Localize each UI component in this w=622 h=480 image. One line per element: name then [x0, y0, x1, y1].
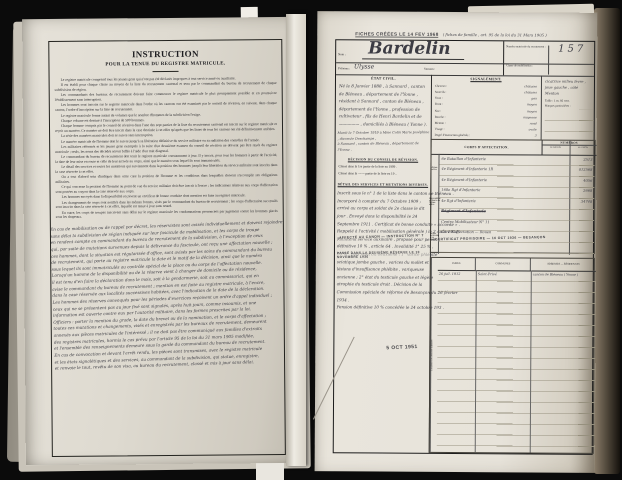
creation-stamp-note: ( fiches de famille , art. 95 de la loi …: [443, 32, 547, 38]
instruction-handwritten-annotations: En cas de mobilisation ou de rappel par …: [50, 219, 286, 372]
matricule-form: Nom : Bardelin Numéro matricule du recru…: [333, 39, 596, 455]
numeros-sub2: au contrôle: [571, 147, 596, 149]
instruction-paragraphs: Le registre matricule comprend tous les …: [55, 76, 278, 220]
signalement-section: SIGNALEMENT. Cheveux :châtainsSourcils :…: [431, 75, 541, 140]
instruction-subtitle: POUR LA TENUE DU REGISTRE MATRICULE.: [54, 61, 276, 68]
localites-col-communes: COMMUNES: [476, 258, 531, 270]
left-page-instruction: INSTRUCTION POUR LA TENUE DU REGISTRE MA…: [22, 17, 306, 465]
prenoms-value: Ulysse: [354, 63, 374, 70]
marques-label: Marques particulières :: [545, 105, 597, 108]
deuxieme-reserve-stamp: Passé dans la deuxième réserve le 10 Nov…: [337, 250, 430, 259]
localites-col-dates: DATES: [438, 258, 476, 270]
mariage-note: Marié le 7 Octobre 1919 à Mme Colin Mari…: [338, 131, 430, 154]
conseil-revision-header: DÉCISION DU CONSEIL DE RÉVISION.: [335, 157, 430, 162]
name-row: Nom : Bardelin Numéro matricule du recru…: [336, 40, 594, 65]
numeros-sub1: de matricule: [543, 147, 569, 149]
localites-col-adresses: ADRESSES — RÉSIDENCES: [531, 258, 596, 270]
localites-row-adresse: canton de Bléneau ( Yonne ): [533, 272, 578, 276]
prenoms-label: Prénoms :: [338, 66, 350, 70]
signalement-fields: Cheveux :châtainsSourcils :châtainsYeux …: [435, 83, 537, 139]
book-fore-edge: [594, 8, 620, 474]
signalement-header: SIGNALEMENT.: [431, 77, 541, 82]
instruction-frame: INSTRUCTION POUR LA TENUE DU REGISTRE MA…: [48, 39, 286, 457]
creation-stamp: Fiches créées le 14 FEV 1968: [355, 31, 438, 38]
classe-mobilisation-box: Classe de mobilisation :: [503, 63, 597, 76]
date-stamp-oct-1951: 5 OCT 1951: [386, 344, 417, 351]
name-label: Nom :: [338, 52, 346, 56]
marques-handwriting: cicatrice milieu lèvre ,joue gauche , cô…: [545, 79, 595, 98]
conseil-revision-lines: Classé dans la 1re partie de la liste en…: [338, 163, 430, 178]
matricule-number-label: Numéro matricule du recrutement :: [506, 45, 549, 63]
binding-tape: [286, 14, 306, 466]
surnom-label: Surnom :: [424, 67, 435, 71]
bottom-tab: [256, 461, 284, 480]
title-divider: [153, 71, 179, 72]
etat-civil-header: ÉTAT CIVIL.: [336, 76, 431, 81]
localites-row-date: 26 juil. 1912: [439, 272, 461, 276]
etat-civil-lines: Né le 8 Janvier 1888 , à Sannard , canto…: [339, 82, 429, 128]
etat-civil-section: ÉTAT CIVIL. Né le 8 Janvier 1888 , à San…: [335, 74, 431, 311]
localites-table: Localités successives habitées DATES COM…: [429, 257, 595, 454]
matricule-number-box: Numéro matricule du recrutement : 157: [503, 41, 597, 64]
marques-subcolumn: cicatrice milieu lèvre ,joue gauche , cô…: [541, 76, 597, 140]
marques-blank-lines: [545, 110, 594, 132]
taille-label: Taille : 1 m. 66 cent.: [545, 99, 597, 103]
localites-row-commune: Saint-Privé: [478, 272, 497, 276]
localites-body: 26 juil. 1912 Saint-Privé canton de Blén…: [437, 270, 596, 453]
matricule-number-value: 157: [558, 44, 586, 55]
name-value: Bardelin: [362, 38, 464, 60]
services-header: DÉTAIL DES SERVICES ET MUTATIONS DIVERSE…: [335, 183, 430, 188]
corps-affectation-table: CORPS D'AFFECTATION. NUMÉROS de matricul…: [430, 139, 596, 254]
instruction-title: INSTRUCTION: [54, 48, 276, 60]
right-page-matricule: Fiches créées le 14 FEV 1968 ( fiches de…: [315, 11, 598, 473]
book-scan-photo: { "left_page": { "title": "INSTRUCTION",…: [0, 0, 622, 480]
classe-mobilisation-label: Classe de mobilisation :: [506, 64, 549, 74]
corps-header: CORPS D'AFFECTATION.: [432, 145, 542, 150]
